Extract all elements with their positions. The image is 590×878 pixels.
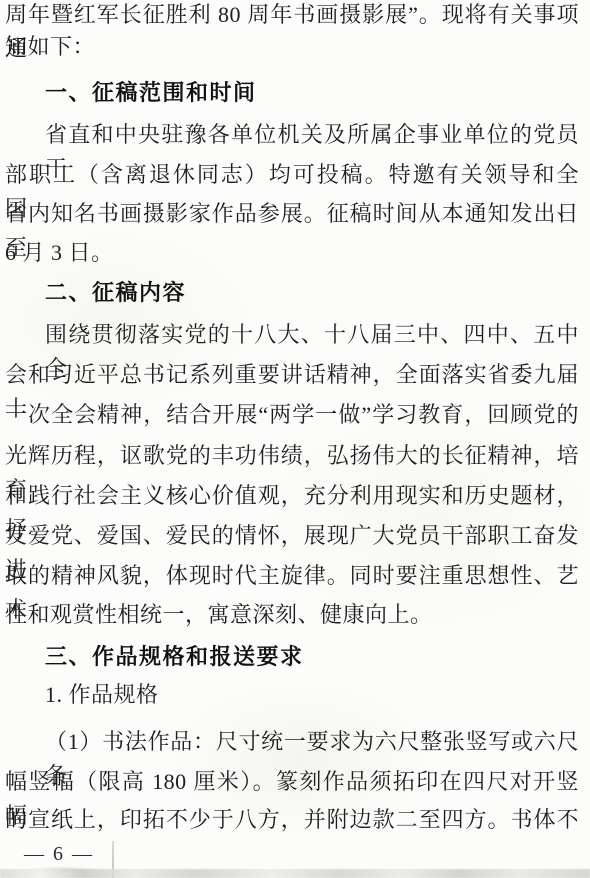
scanned-document-page: 周年暨红军长征胜利 80 周年书画摄影展”。现将有关事项通知如下：一、征稿范围和… — [0, 0, 590, 878]
document-line: 发爱党、爱国、爱民的情怀，展现广大党员干部职工奋发进 — [5, 519, 579, 553]
document-line: 取的精神风貌，体现时代主旋律。同时要注重思想性、艺术 — [5, 559, 579, 593]
document-line: 幅竖幅（限高 180 厘米）。篆刻作品须拓印在四尺对开竖幅 — [5, 765, 579, 799]
document-line: 的宣纸上，印拓不少于八方，并附边款二至四方。书体不 — [5, 803, 579, 837]
section-heading: 一、征稿范围和时间 — [5, 76, 579, 110]
document-line: 部职工（含离退休同志）均可投稿。特邀有关领导和全国、 — [5, 158, 579, 192]
document-line: 围绕贯彻落实党的十八大、十八届三中、四中、五中全 — [5, 318, 579, 352]
document-line: （1）书法作品：尺寸统一要求为六尺整张竖写或六尺条 — [5, 725, 579, 759]
document-line: 6 月 3 日。 — [5, 236, 579, 270]
document-line: 知如下： — [5, 30, 579, 64]
document-line: 1. 作品规格 — [5, 678, 579, 712]
page-number: — 6 — — [24, 843, 94, 866]
section-heading: 二、征稿内容 — [5, 276, 579, 310]
document-line: 性和观赏性相统一，寓意深刻、健康向上。 — [5, 598, 579, 632]
scan-edge-shadow — [0, 869, 590, 878]
document-line: 光辉历程，讴歌党的丰功伟绩，弘扬伟大的长征精神，培育 — [5, 439, 579, 473]
document-line: 一次全会精神，结合开展“两学一做”学习教育，回顾党的 — [5, 398, 579, 432]
document-line: 省内知名书画摄影家作品参展。征稿时间从本通知发出日至 — [5, 197, 579, 231]
section-heading: 三、作品规格和报送要求 — [5, 640, 579, 674]
document-line: 和践行社会主义核心价值观，充分利用现实和历史题材，抒 — [5, 479, 579, 513]
document-line: 会和习近平总书记系列重要讲话精神，全面落实省委九届十 — [5, 358, 579, 392]
document-line: 省直和中央驻豫各单位机关及所属企事业单位的党员干 — [5, 118, 579, 152]
document-line: 周年暨红军长征胜利 80 周年书画摄影展”。现将有关事项通 — [5, 0, 579, 32]
